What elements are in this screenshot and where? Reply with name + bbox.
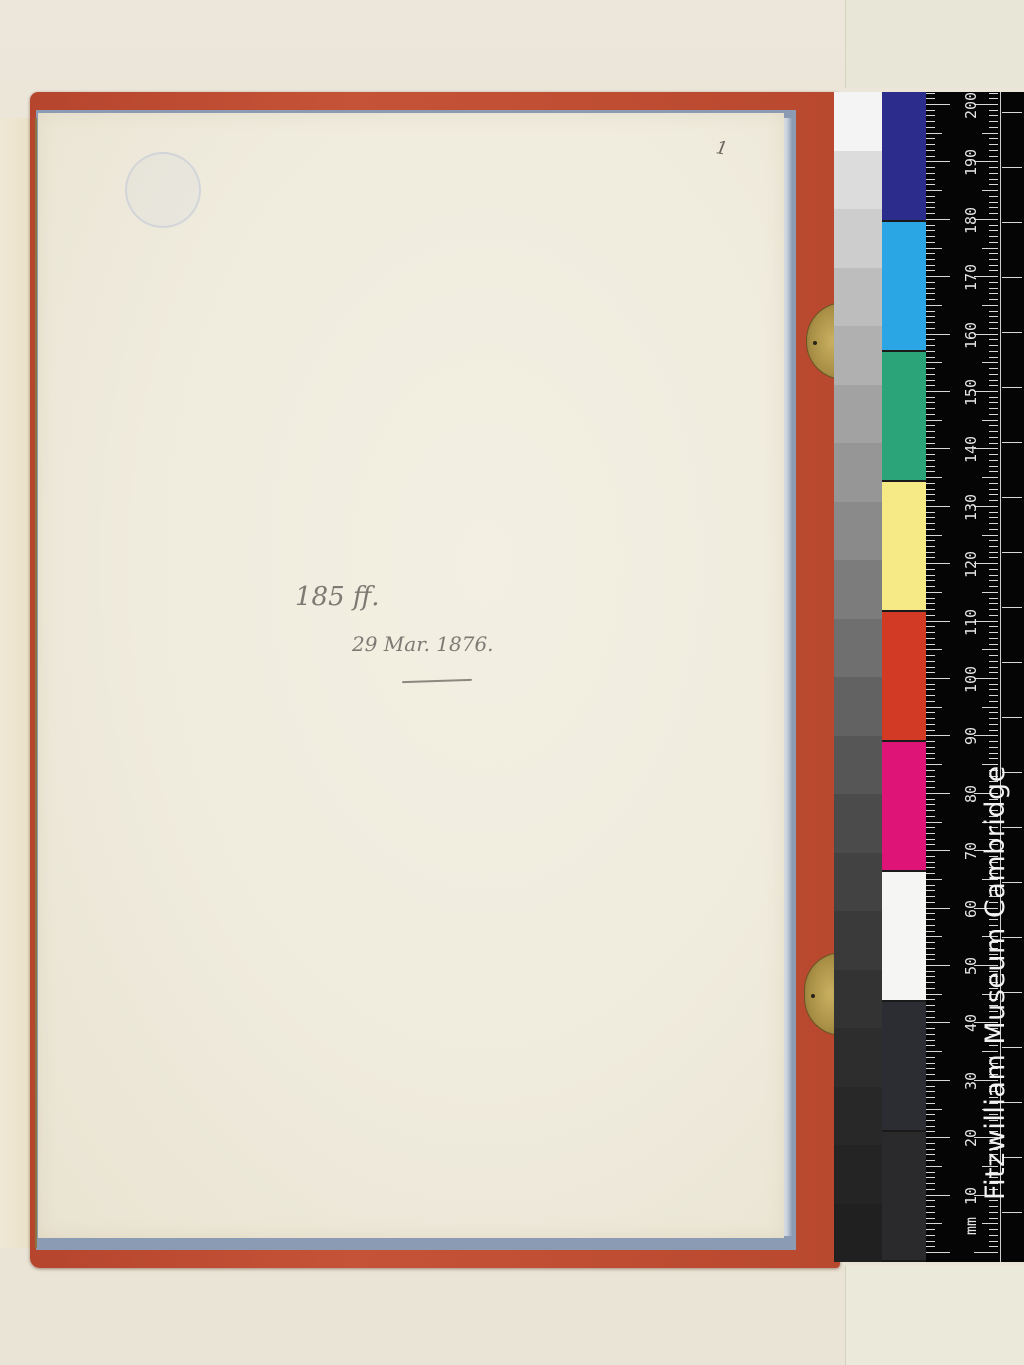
- ruler-tick: [926, 1200, 935, 1201]
- ruler-tick: [989, 110, 998, 111]
- ruler-tick: [989, 644, 998, 645]
- ruler-tick: [926, 1160, 935, 1161]
- ruler-tick: [989, 293, 998, 294]
- ruler-tick: [926, 1068, 935, 1069]
- ruler-tick: [989, 580, 998, 581]
- ruler-tick: [989, 144, 998, 145]
- ruler-tick-label: 50: [962, 957, 980, 975]
- ruler-tick: [926, 896, 935, 897]
- ruler-tick: [1002, 112, 1022, 113]
- ruler-tick: [926, 810, 935, 811]
- ruler-tick: [982, 133, 998, 134]
- colour-patch-cyan: [882, 222, 926, 352]
- ruler-tick: [926, 1103, 935, 1104]
- ruler-tick: [926, 374, 935, 375]
- ruler-tick-label: 160: [962, 322, 980, 349]
- ruler-tick: [926, 150, 935, 151]
- ruler-tick: [926, 512, 935, 513]
- ruler-tick: [926, 609, 935, 610]
- ruler-tick: [926, 351, 935, 352]
- ruler-tick: [989, 397, 998, 398]
- ruler-tick: [926, 707, 942, 708]
- ruler-tick: [989, 695, 998, 696]
- ruler-tick: [926, 121, 935, 122]
- grey-patch: [834, 326, 882, 385]
- ruler-tick: [926, 867, 935, 868]
- grey-patch: [834, 911, 882, 970]
- gutter-line: [35, 118, 37, 1248]
- ruler-tick: [926, 225, 935, 226]
- ruler-tick: [926, 489, 935, 490]
- ruler-tick: [989, 253, 998, 254]
- ruler-tick-label: 130: [962, 494, 980, 521]
- ruler-tick: [926, 1177, 935, 1178]
- ruler-tick: [926, 804, 935, 805]
- ruler-tick: [926, 959, 935, 960]
- ruler-tick: [926, 879, 942, 880]
- ruler-tick: [926, 638, 935, 639]
- ruler-tick: [926, 1086, 935, 1087]
- ruler-tick: [926, 994, 942, 995]
- ruler-tick: [989, 512, 998, 513]
- ruler-tick: [926, 1034, 935, 1035]
- ruler-tick: [926, 282, 935, 283]
- ruler-tick: [989, 368, 998, 369]
- ruler-tick: [982, 535, 998, 536]
- ruler-tick: [926, 276, 950, 277]
- ruler-tick: [982, 190, 998, 191]
- ruler-tick: [926, 936, 942, 937]
- ruler-tick: [989, 724, 998, 725]
- ruler-tick-label: 110: [962, 609, 980, 636]
- ruler-tick: [926, 1022, 950, 1023]
- ruler-tick: [982, 248, 998, 249]
- ruler-tick: [926, 242, 935, 243]
- ruler-tick: [926, 477, 942, 478]
- ruler-tick: [989, 598, 998, 599]
- ruler-tick: [926, 529, 935, 530]
- ruler-tick: [926, 781, 935, 782]
- ruler-tick: [926, 1154, 935, 1155]
- ruler-tick: [989, 236, 998, 237]
- ruler-tick: [989, 540, 998, 541]
- ruler-tick: [926, 655, 935, 656]
- grey-patch: [834, 92, 882, 151]
- ruler-tick: [926, 580, 935, 581]
- ruler-tick: [926, 380, 935, 381]
- ruler-tick: [926, 1063, 935, 1064]
- ruler-tick: [926, 1045, 935, 1046]
- ruler-tick: [926, 948, 935, 949]
- ruler-tick: [926, 311, 935, 312]
- ruler-tick: [926, 322, 935, 323]
- ruler-tick: [926, 219, 950, 220]
- ruler-tick: [1002, 442, 1022, 443]
- ruler-tick: [926, 747, 935, 748]
- grey-patch: [834, 1204, 882, 1263]
- ruler-tick: [989, 494, 998, 495]
- ruler-tick-label: 190: [962, 149, 980, 176]
- ruler-tick: [989, 603, 998, 604]
- ruler-tick: [926, 115, 935, 116]
- ruler-tick: [926, 850, 950, 851]
- grey-patch: [834, 794, 882, 853]
- ruler-tick: [982, 592, 998, 593]
- ruler-tick: [926, 127, 935, 128]
- ruler-tick: [989, 316, 998, 317]
- ruler-tick-label: 170: [962, 264, 980, 291]
- ruler-tick: [989, 98, 998, 99]
- ruler-tick: [926, 902, 935, 903]
- ruler-tick: [926, 494, 935, 495]
- ruler-tick: [989, 173, 998, 174]
- ruler-tick: [1002, 222, 1022, 223]
- ruler-tick: [989, 202, 998, 203]
- ruler-tick: [926, 385, 935, 386]
- ruler-tick: [1002, 1212, 1022, 1213]
- ruler-tick: [926, 334, 950, 335]
- grey-patch: [834, 560, 882, 619]
- ruler-tick: [989, 460, 998, 461]
- ruler-tick: [926, 925, 935, 926]
- ruler-tick: [926, 1172, 935, 1173]
- ruler-tick: [926, 248, 942, 249]
- colour-patch-magenta: [882, 742, 926, 872]
- ruler-tick: [926, 425, 935, 426]
- grey-patch: [834, 385, 882, 444]
- ruler-tick: [926, 184, 935, 185]
- ruler-tick: [989, 747, 998, 748]
- ruler-tick: [989, 626, 998, 627]
- ruler-tick: [926, 695, 935, 696]
- ruler-tick: [926, 890, 935, 891]
- ruler-tick: [926, 730, 935, 731]
- ruler-tick: [926, 1229, 935, 1230]
- ruler-tick: [926, 621, 950, 622]
- ruler-tick: [926, 586, 935, 587]
- ruler-tick: [989, 546, 998, 547]
- ruler-tick: [926, 1114, 935, 1115]
- ruler-tick: [926, 420, 942, 421]
- grey-patch: [834, 151, 882, 210]
- ruler-tick: [989, 242, 998, 243]
- ruler-tick: [926, 448, 950, 449]
- ruler-tick-label: 80: [962, 785, 980, 803]
- ruler-tick: [926, 1074, 935, 1075]
- ruler-tick: [926, 500, 935, 501]
- ruler-tick: [989, 1218, 998, 1219]
- ruler-tick: [926, 724, 935, 725]
- ruler-tick: [1002, 717, 1022, 718]
- ruler-tick: [989, 443, 998, 444]
- ruler-tick: [926, 1011, 935, 1012]
- ruler-tick: [1002, 277, 1022, 278]
- ruler-tick: [989, 385, 998, 386]
- ruler-tick: [989, 328, 998, 329]
- ruler-tick: [1002, 552, 1022, 553]
- ruler-tick: [989, 1212, 998, 1213]
- ruler-tick: [989, 1206, 998, 1207]
- ruler-tick: [989, 299, 998, 300]
- ruler-tick: [989, 311, 998, 312]
- ruler-tick: [926, 517, 935, 518]
- ruler-tick: [926, 764, 942, 765]
- ruler-tick: [926, 293, 935, 294]
- ruler-tick: [989, 552, 998, 553]
- ruler-tick: [989, 615, 998, 616]
- ruler-tick: [989, 339, 998, 340]
- ruler-tick: [989, 689, 998, 690]
- ruler-tick: [989, 259, 998, 260]
- ruler-tick: [926, 999, 935, 1000]
- ruler-tick: [926, 1097, 935, 1098]
- ruler-tick: [926, 305, 942, 306]
- ruler-tick: [926, 466, 935, 467]
- grey-patch: [834, 443, 882, 502]
- ruler-tick: [926, 787, 935, 788]
- grey-patch: [834, 853, 882, 912]
- ruler-tick: [982, 477, 998, 478]
- ruler-tick: [989, 638, 998, 639]
- ruler-tick: [926, 391, 950, 392]
- ruler-tick: [926, 793, 950, 794]
- ruler-tick-label: 150: [962, 379, 980, 406]
- ruler-tick: [989, 632, 998, 633]
- ruler-tick: [989, 500, 998, 501]
- colour-patch-yellow: [882, 482, 926, 612]
- ruler-tick: [989, 431, 998, 432]
- ruler-tick: [926, 770, 935, 771]
- ruler-tick: [989, 265, 998, 266]
- ruler-tick: [926, 93, 935, 94]
- ruler-tick: [926, 913, 935, 914]
- ruler-tick: [926, 822, 942, 823]
- ruler-tick: [926, 873, 935, 874]
- colour-patch-white: [882, 872, 926, 1002]
- ruler-tick: [926, 483, 935, 484]
- ruler-tick: [926, 414, 935, 415]
- ruler-tick: [926, 856, 935, 857]
- ruler-tick: [989, 489, 998, 490]
- brand-label: Fitzwilliam Museum Cambridge: [980, 765, 1011, 1200]
- ruler-tick: [926, 615, 935, 616]
- ruler-tick: [989, 730, 998, 731]
- ruler-tick: [926, 179, 935, 180]
- ruler-tick: [1002, 607, 1022, 608]
- ruler-tick-label: 180: [962, 207, 980, 234]
- ruler-tick: [926, 1120, 935, 1121]
- ruler-tick: [926, 684, 935, 685]
- ruler-tick: [989, 667, 998, 668]
- colour-patch-dark-grey: [882, 1132, 926, 1262]
- pencil-note-date: 29 Mar. 1876.: [352, 632, 494, 656]
- ruler-tick: [989, 569, 998, 570]
- ruler-tick: [989, 1235, 998, 1236]
- ruler-tick: [926, 1212, 935, 1213]
- ruler-tick: [926, 689, 935, 690]
- ruler-tick: [926, 661, 935, 662]
- ruler-tick: [926, 540, 935, 541]
- ruler-tick: [989, 425, 998, 426]
- ruler-tick: [926, 1241, 935, 1242]
- ruler-tick: [974, 1252, 998, 1253]
- ruler-tick: [982, 1223, 998, 1224]
- ruler-tick: [926, 253, 935, 254]
- ruler-tick: [989, 230, 998, 231]
- tape-top: [845, 0, 1024, 88]
- ruler-tick-label: 30: [962, 1072, 980, 1090]
- ruler-tick: [989, 115, 998, 116]
- ruler-tick: [982, 649, 998, 650]
- ruler-tick: [989, 121, 998, 122]
- ruler-tick: [989, 93, 998, 94]
- ruler-tick: [1002, 332, 1022, 333]
- ruler-tick: [989, 374, 998, 375]
- ruler-tick: [989, 127, 998, 128]
- grey-patch: [834, 677, 882, 736]
- ruler-tick: [982, 707, 998, 708]
- ruler-tick: [989, 586, 998, 587]
- ruler-tick: [989, 753, 998, 754]
- ruler-tick: [989, 655, 998, 656]
- ruler-tick: [926, 230, 935, 231]
- ruler-tick: [926, 552, 935, 553]
- ruler-tick: [926, 908, 950, 909]
- ruler-tick: [1002, 497, 1022, 498]
- ruler-tick: [926, 885, 935, 886]
- ruler-tick: [926, 1028, 935, 1029]
- ruler-tick: [982, 420, 998, 421]
- ruler-tick: [926, 328, 935, 329]
- ruler-tick: [926, 632, 935, 633]
- grey-patch: [834, 736, 882, 795]
- ruler-tick: [989, 712, 998, 713]
- ruler-tick: [989, 758, 998, 759]
- ruler-tick: [989, 408, 998, 409]
- ruler-tick: [926, 1080, 950, 1081]
- ruler-tick: [926, 167, 935, 168]
- ruler-tick: [989, 414, 998, 415]
- ruler-tick-label: 70: [962, 842, 980, 860]
- ruler-tick: [989, 345, 998, 346]
- ruler-tick: [926, 236, 935, 237]
- ruler-tick: [989, 483, 998, 484]
- ruler-tick: [926, 265, 935, 266]
- ruler-tick: [926, 982, 935, 983]
- ruler-tick: [989, 270, 998, 271]
- ruler-tick: [926, 1109, 942, 1110]
- colour-patch-red: [882, 612, 926, 742]
- ruler-tick: [989, 529, 998, 530]
- ruler-tick: [926, 431, 935, 432]
- ruler-tick: [926, 575, 935, 576]
- ruler-tick: [926, 104, 950, 105]
- ruler-tick: [982, 362, 998, 363]
- ruler-tick: [926, 563, 950, 564]
- ruler-tick: [989, 282, 998, 283]
- ruler-tick: [926, 965, 950, 966]
- ruler-tick: [926, 397, 935, 398]
- ruler-tick: [926, 718, 935, 719]
- ruler-tick: [926, 133, 942, 134]
- ruler-tick: [989, 557, 998, 558]
- ruler-tick: [989, 207, 998, 208]
- ruler-tick: [926, 678, 950, 679]
- ruler-tick: [926, 1183, 935, 1184]
- ruler-tick: [926, 1091, 935, 1092]
- ruler-tick: [926, 408, 935, 409]
- ruler-tick: [989, 1246, 998, 1247]
- ruler-tick: [926, 110, 935, 111]
- flyleaf-page: [38, 113, 784, 1238]
- ruler-tick: [926, 741, 935, 742]
- ruler-tick: [989, 179, 998, 180]
- ruler-unit-label: mm: [962, 1217, 980, 1235]
- ruler-tick: [926, 202, 935, 203]
- grey-patch: [834, 970, 882, 1029]
- tape-bottom: [845, 1266, 1024, 1365]
- ruler-tick: [926, 138, 935, 139]
- ruler-tick: [926, 1137, 950, 1138]
- ruler-tick: [926, 844, 935, 845]
- ruler-tick: [926, 357, 935, 358]
- ruler-tick: [926, 712, 935, 713]
- grey-patch: [834, 268, 882, 327]
- ruler-tick: [926, 942, 935, 943]
- ruler-tick: [926, 1131, 935, 1132]
- ruler-tick: [926, 569, 935, 570]
- ruler-tick: [989, 156, 998, 157]
- grey-scale-strip: [834, 92, 882, 1262]
- ruler-tick: [989, 184, 998, 185]
- ruler-tick: [989, 517, 998, 518]
- pencil-note-folio-count: 185 ff.: [295, 582, 380, 612]
- ruler-tick: [926, 1126, 935, 1127]
- ruler-tick: [1002, 387, 1022, 388]
- ruler-tick: [926, 546, 935, 547]
- ruler-tick: [926, 816, 935, 817]
- ruler-tick: [926, 1218, 935, 1219]
- ruler-tick: [989, 575, 998, 576]
- ruler-tick-label: 100: [962, 666, 980, 693]
- ruler-tick: [926, 98, 935, 99]
- ruler-tick: [926, 437, 935, 438]
- ruler-tick: [926, 443, 935, 444]
- ruler-tick: [926, 196, 935, 197]
- colour-patch-strip: [882, 92, 926, 1262]
- ruler-tick: [926, 173, 935, 174]
- ruler-tick: [926, 1017, 935, 1018]
- ruler-tick: [926, 1206, 935, 1207]
- ruler-tick: [989, 1241, 998, 1242]
- ruler-tick: [926, 649, 942, 650]
- ruler-tick: [989, 437, 998, 438]
- ruler-tick: [926, 753, 935, 754]
- ruler-tick: [989, 150, 998, 151]
- ruler-tick: [926, 1005, 935, 1006]
- ruler-tick: [926, 758, 935, 759]
- ruler-tick: [989, 701, 998, 702]
- ruler-tick: [926, 827, 935, 828]
- ruler-tick: [989, 684, 998, 685]
- library-stamp: [125, 152, 201, 228]
- ruler-tick: [926, 833, 935, 834]
- grey-patch: [834, 502, 882, 561]
- ruler-tick: [926, 339, 935, 340]
- ruler-tick: [926, 954, 935, 955]
- ruler-tick: [989, 288, 998, 289]
- ruler-tick: [989, 225, 998, 226]
